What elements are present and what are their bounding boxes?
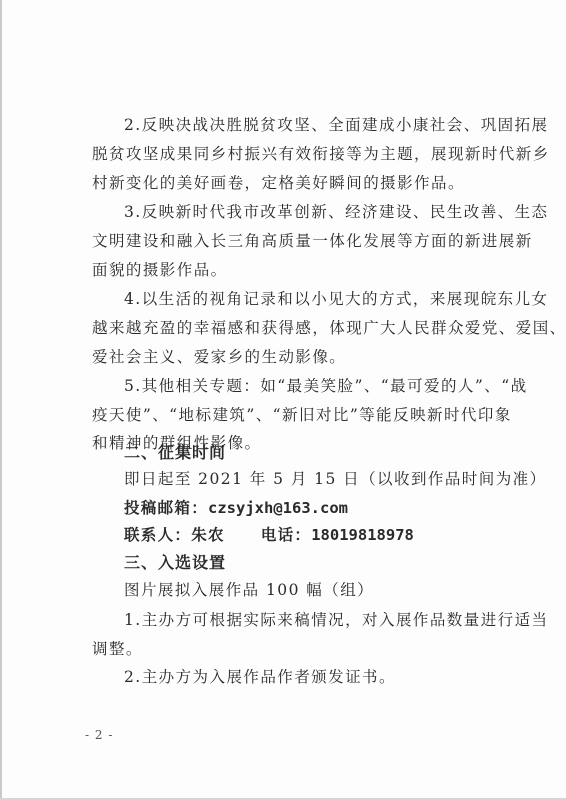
paragraph-item-2-line-2: 脱贫攻坚成果同乡村振兴有效衔接等为主题，展现新时代新乡 <box>92 144 550 164</box>
section-heading-collection-time: 二、征集时间 <box>124 443 226 463</box>
paragraph-item-5-line-1: 5.其他相关专题：如“最美笑脸”、“最可爱的人”、“战 <box>124 376 528 396</box>
paragraph-item-4-line-1: 4.以生活的视角记录和以小见大的方式，来展现皖东儿女 <box>124 289 549 309</box>
paragraph-item-3-line-1: 3.反映新时代我市改革创新、经济建设、民生改善、生态 <box>124 202 549 222</box>
selection-item-1-line-1: 1.主办方可根据实际来稿情况，对入展作品数量进行适当 <box>124 610 549 630</box>
paragraph-item-2-line-1: 2.反映决战决胜脱贫攻坚、全面建成小康社会、巩固拓展 <box>124 115 549 135</box>
email-label: 投稿邮箱： <box>124 499 208 517</box>
page-number: - 2 - <box>85 728 113 742</box>
paragraph-item-5-line-2: 疫天使”、“地标建筑”、“新旧对比”等能反映新时代印象 <box>92 405 512 425</box>
contact-row: 联系人：朱农电话：18019818978 <box>124 525 414 545</box>
section-heading-selection: 三、入选设置 <box>124 553 226 573</box>
paragraph-item-3-line-3: 面貌的摄影作品。 <box>92 260 228 280</box>
paragraph-item-4-line-3: 爱社会主义、爱家乡的生动影像。 <box>92 347 346 367</box>
phone-number[interactable]: 18019818978 <box>311 526 414 544</box>
page-edge <box>0 0 2 800</box>
paragraph-item-4-line-2: 越来越充盈的幸福感和获得感，体现广大人民群众爱党、爱国、 <box>92 318 566 338</box>
selection-intro: 图片展拟入展作品 100 幅（组） <box>124 580 374 600</box>
phone-label: 电话： <box>261 526 311 544</box>
collection-period: 即日起至 2021 年 5 月 15 日（以收到作品时间为准） <box>124 469 547 489</box>
submission-email-row: 投稿邮箱：czsyjxh@163.com <box>124 498 348 518</box>
selection-item-1-line-2: 调整。 <box>92 639 143 659</box>
email-link[interactable]: czsyjxh@163.com <box>208 499 348 517</box>
paragraph-item-2-line-3: 村新变化的美好画卷，定格美好瞬间的摄影作品。 <box>92 173 465 193</box>
paragraph-item-3-line-2: 文明建设和融入长三角高质量一体化发展等方面的新进展新 <box>92 231 533 251</box>
contact-label: 联系人：朱农 <box>124 526 225 544</box>
selection-item-2-line-1: 2.主办方为入展作品作者颁发证书。 <box>124 667 396 687</box>
